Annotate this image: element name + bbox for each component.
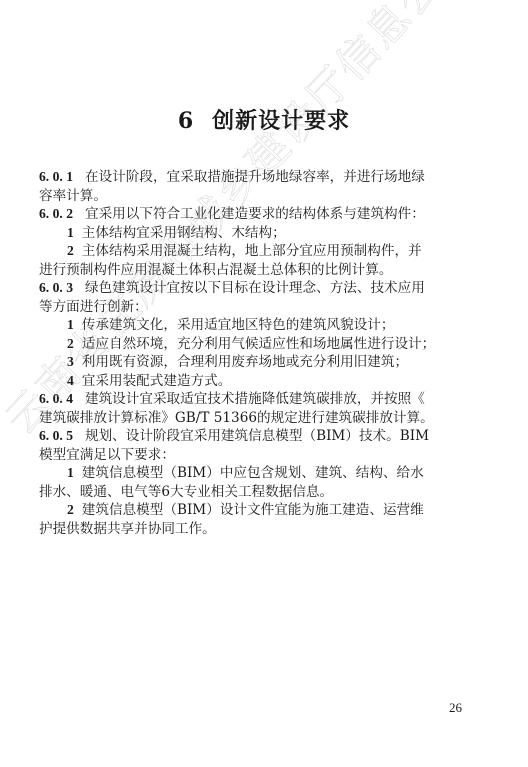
item-number: 3 (67, 354, 74, 369)
line-text: 适应自然环境，充分利用气候适应性和场地属性进行设计； (82, 336, 435, 352)
line-text: 主体结构采用混凝土结构，地上部分宜应用预制构件，并 (82, 243, 422, 259)
chapter-title-text: 创新设计要求 (212, 108, 350, 134)
item-number: 1 (67, 465, 74, 480)
clause-number: 6. 0. 5 (39, 428, 73, 443)
item-number: 4 (67, 373, 74, 388)
line-text: 进行预制构件应用混凝土体积占混凝土总体积的比例计算。 (39, 262, 392, 278)
chapter-body: 6. 0. 1在设计阶段，宜采取措施提升场地绿容率，并进行场地绿容率计算。6. … (39, 168, 479, 538)
clause-number: 6. 0. 2 (39, 206, 73, 221)
item-number: 2 (67, 243, 74, 258)
chapter-number: 6 (178, 108, 194, 134)
clause-number: 6. 0. 4 (39, 391, 73, 406)
line-text: 传承建筑文化，采用适宜地区特色的建筑风貌设计； (82, 317, 395, 333)
line-text: 绿色建筑设计宜按以下目标在设计理念、方法、技术应用 (85, 280, 425, 296)
line-text: 建筑设计宜采取适宜技术措施降低建筑碳排放，并按照《 (85, 391, 425, 407)
clause-line: 6. 0. 2宜采用以下符合工业化建造要求的结构体系与建筑构件： (39, 205, 479, 224)
continuation-line: 等方面进行创新： (39, 298, 479, 317)
continuation-line: 容率计算。 (39, 187, 479, 206)
list-item: 3利用既有资源，合理利用废弃场地或充分利用旧建筑； (39, 353, 479, 372)
list-item: 2适应自然环境，充分利用气候适应性和场地属性进行设计； (39, 335, 479, 354)
line-text: 利用既有资源，合理利用废弃场地或充分利用旧建筑； (82, 354, 408, 370)
page-number: 26 (449, 700, 462, 716)
clause-number: 6. 0. 3 (39, 280, 73, 295)
list-item: 1传承建筑文化，采用适宜地区特色的建筑风貌设计； (39, 316, 479, 335)
continuation-line: 排水、暖通、电气等6大专业相关工程数据信息。 (39, 483, 479, 502)
document-page: 云南省住房和城乡建设厅信息公开浏览专用 6创新设计要求 6. 0. 1在设计阶段… (0, 0, 528, 767)
list-item: 1主体结构宜采用钢结构、木结构； (39, 224, 479, 243)
continuation-line: 模型宜满足以下要求： (39, 446, 479, 465)
line-text: 宜采用以下符合工业化建造要求的结构体系与建筑构件： (85, 206, 425, 222)
line-text: 等方面进行创新： (39, 299, 148, 315)
continuation-line: 进行预制构件应用混凝土体积占混凝土总体积的比例计算。 (39, 261, 479, 280)
continuation-line: 建筑碳排放计算标准》GB/T 51366的规定进行建筑碳排放计算。 (39, 409, 479, 428)
line-text: 护提供数据共享并协同工作。 (39, 521, 216, 537)
list-item: 2主体结构采用混凝土结构，地上部分宜应用预制构件，并 (39, 242, 479, 261)
clause-line: 6. 0. 5规划、设计阶段宜采用建筑信息模型（BIM）技术。BIM (39, 427, 479, 446)
clause-line: 6. 0. 3绿色建筑设计宜按以下目标在设计理念、方法、技术应用 (39, 279, 479, 298)
clause-line: 6. 0. 4建筑设计宜采取适宜技术措施降低建筑碳排放，并按照《 (39, 390, 479, 409)
list-item: 4宜采用装配式建造方式。 (39, 372, 479, 391)
line-text: 在设计阶段，宜采取措施提升场地绿容率，并进行场地绿 (85, 169, 425, 185)
line-text: 排水、暖通、电气等6大专业相关工程数据信息。 (39, 484, 333, 500)
list-item: 2建筑信息模型（BIM）设计文件宜能为施工建造、运营维 (39, 501, 479, 520)
line-text: 主体结构宜采用钢结构、木结构； (82, 225, 286, 241)
line-text: 建筑信息模型（BIM）中应包含规划、建筑、结构、给水 (82, 465, 424, 481)
continuation-line: 护提供数据共享并协同工作。 (39, 520, 479, 539)
item-number: 2 (67, 336, 74, 351)
line-text: 建筑碳排放计算标准》GB/T 51366的规定进行建筑碳排放计算。 (39, 410, 434, 426)
line-text: 规划、设计阶段宜采用建筑信息模型（BIM）技术。BIM (85, 428, 429, 444)
line-text: 模型宜满足以下要求： (39, 447, 175, 463)
clause-line: 6. 0. 1在设计阶段，宜采取措施提升场地绿容率，并进行场地绿 (39, 168, 479, 187)
item-number: 2 (67, 502, 74, 517)
item-number: 1 (67, 317, 74, 332)
clause-number: 6. 0. 1 (39, 169, 73, 184)
chapter-title: 6创新设计要求 (0, 104, 528, 135)
line-text: 建筑信息模型（BIM）设计文件宜能为施工建造、运营维 (82, 502, 424, 518)
item-number: 1 (67, 225, 74, 240)
line-text: 宜采用装配式建造方式。 (82, 373, 232, 389)
list-item: 1建筑信息模型（BIM）中应包含规划、建筑、结构、给水 (39, 464, 479, 483)
line-text: 容率计算。 (39, 188, 107, 204)
